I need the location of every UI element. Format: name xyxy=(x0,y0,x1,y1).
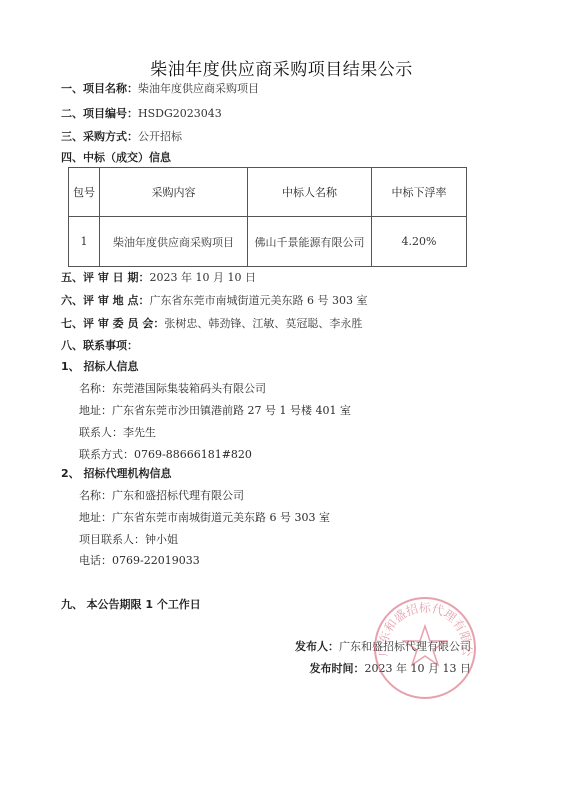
review-date-label: 五、评 审 日 期： xyxy=(61,271,150,284)
table-row: 1 柴油年度供应商采购项目 佛山千景能源有限公司 4.20% xyxy=(69,217,467,267)
notice-period-line: 九、 本公告期限 1 个工作日 xyxy=(61,598,201,612)
table-header-row: 包号 采购内容 中标人名称 中标下浮率 xyxy=(69,168,467,217)
agency-name: 名称：广东和盛招标代理有限公司 xyxy=(79,489,244,503)
project-name-label: 一、项目名称： xyxy=(61,82,138,95)
publish-time-label: 发布时间： xyxy=(310,662,365,675)
review-date-line: 五、评 审 日 期：2023 年 10 月 10 日 xyxy=(61,271,256,285)
tenderer-contact: 联系人：李先生 xyxy=(79,426,156,440)
project-name-line: 一、项目名称：柴油年度供应商采购项目 xyxy=(61,82,259,96)
cell-procurement-content: 柴油年度供应商采购项目 xyxy=(100,217,248,267)
tenderer-heading: 1、 招标人信息 xyxy=(61,360,138,374)
project-number-line: 二、项目编号：HSDG2023043 xyxy=(61,107,222,121)
agency-heading: 2、 招标代理机构信息 xyxy=(61,467,171,481)
cell-package-no: 1 xyxy=(69,217,100,267)
notice-period-label: 九、 xyxy=(61,598,83,611)
review-committee-label: 七、评 审 委 员 会： xyxy=(61,317,164,330)
cell-discount-rate: 4.20% xyxy=(372,217,467,267)
header-discount-rate: 中标下浮率 xyxy=(372,168,467,217)
tenderer-phone: 联系方式：0769-88666181#820 xyxy=(79,448,252,462)
review-committee-line: 七、评 审 委 员 会：张树忠、韩劲锋、江敏、莫冠聪、李永胜 xyxy=(61,317,362,331)
procurement-method-label: 三、采购方式： xyxy=(61,130,138,143)
contacts-heading: 八、联系事项： xyxy=(61,339,138,353)
procurement-method-value: 公开招标 xyxy=(138,130,182,143)
project-number-value: HSDG2023043 xyxy=(138,107,222,120)
project-name-value: 柴油年度供应商采购项目 xyxy=(138,82,259,95)
award-table: 包号 采购内容 中标人名称 中标下浮率 1 柴油年度供应商采购项目 佛山千景能源… xyxy=(68,167,467,267)
cell-winner-name: 佛山千景能源有限公司 xyxy=(248,217,372,267)
review-location-value: 广东省东莞市南城街道元美东路 6 号 303 室 xyxy=(150,294,368,307)
notice-page: 柴油年度供应商采购项目结果公示 一、项目名称：柴油年度供应商采购项目 二、项目编… xyxy=(0,0,563,786)
project-number-label: 二、项目编号： xyxy=(61,107,138,120)
procurement-method-line: 三、采购方式：公开招标 xyxy=(61,130,182,144)
publish-time-line: 发布时间：2023 年 10 月 13 日 xyxy=(310,662,471,676)
publisher-label: 发布人： xyxy=(295,640,339,653)
agency-heading-label: 2、 招标代理机构信息 xyxy=(61,467,171,480)
header-procurement-content: 采购内容 xyxy=(100,168,248,217)
review-location-label: 六、评 审 地 点： xyxy=(61,294,150,307)
header-winner-name: 中标人名称 xyxy=(248,168,372,217)
review-committee-value: 张树忠、韩劲锋、江敏、莫冠聪、李永胜 xyxy=(164,317,362,330)
agency-phone: 电话：0769-22019033 xyxy=(79,554,200,568)
review-date-value: 2023 年 10 月 10 日 xyxy=(150,271,256,284)
header-package-no: 包号 xyxy=(69,168,100,217)
tenderer-name: 名称：东莞港国际集装箱码头有限公司 xyxy=(79,382,266,396)
review-location-line: 六、评 审 地 点：广东省东莞市南城街道元美东路 6 号 303 室 xyxy=(61,294,367,308)
agency-address: 地址：广东省东莞市南城街道元美东路 6 号 303 室 xyxy=(79,511,330,525)
contacts-label: 八、联系事项： xyxy=(61,339,138,352)
publish-time-value: 2023 年 10 月 13 日 xyxy=(365,662,471,675)
notice-period-value: 本公告期限 1 个工作日 xyxy=(87,598,201,611)
tenderer-address: 地址：广东省东莞市沙田镇港前路 27 号 1 号楼 401 室 xyxy=(79,404,351,418)
award-info-heading: 四、中标（成交）信息 xyxy=(61,151,171,165)
agency-contact: 项目联系人：钟小姐 xyxy=(79,533,178,547)
publisher-line: 发布人：广东和盛招标代理有限公司 xyxy=(295,640,471,654)
tenderer-heading-label: 1、 招标人信息 xyxy=(61,360,138,373)
document-title: 柴油年度供应商采购项目结果公示 xyxy=(0,55,563,80)
publisher-value: 广东和盛招标代理有限公司 xyxy=(339,640,471,653)
award-info-label: 四、中标（成交）信息 xyxy=(61,151,171,164)
